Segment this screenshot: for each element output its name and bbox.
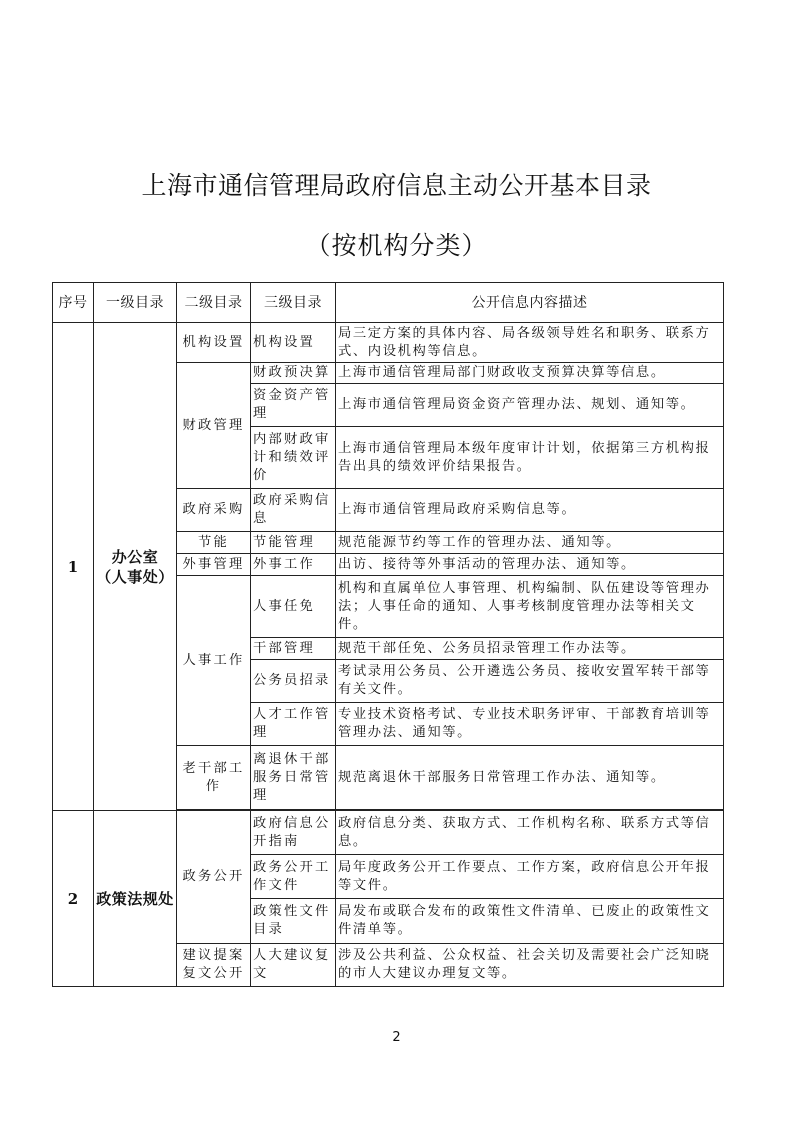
level2-cell: 人事工作 [177, 576, 251, 746]
description-cell: 上海市通信管理局政府采购信息等。 [336, 489, 724, 532]
level2-cell: 建议提案复文公开 [177, 944, 251, 987]
level3-cell: 人大建议复文 [251, 944, 336, 987]
level3-cell: 人才工作管理 [251, 703, 336, 746]
level3-cell: 离退休干部服务日常管理 [251, 746, 336, 810]
level3-cell: 政府采购信息 [251, 489, 336, 532]
level3-cell: 外事工作 [251, 554, 336, 576]
description-cell: 涉及公共利益、公众权益、社会关切及需要社会广泛知晓的市人大建议办理复文等。 [336, 944, 724, 987]
header-level3: 三级目录 [251, 283, 336, 323]
table-row: 2 政策法规处 政务公开 政府信息公开指南 政府信息分类、获取方式、工作机构名称… [53, 811, 724, 855]
description-cell: 规范干部任免、公务员招录管理工作办法等。 [336, 638, 724, 660]
level3-cell: 政务公开工作文件 [251, 855, 336, 899]
section-department: 政策法规处 [94, 811, 177, 987]
department-name: 政策法规处 [96, 889, 174, 909]
level2-cell: 节能 [177, 532, 251, 554]
description-cell: 局三定方案的具体内容、局各级领导姓名和职务、联系方式、内设机构等信息。 [336, 323, 724, 363]
table-header-row: 序号 一级目录 二级目录 三级目录 公开信息内容描述 [53, 283, 724, 323]
header-index: 序号 [53, 283, 94, 323]
section-index: 2 [53, 811, 94, 987]
description-cell: 上海市通信管理局部门财政收支预算决算等信息。 [336, 363, 724, 384]
description-cell: 政府信息分类、获取方式、工作机构名称、联系方式等信息。 [336, 811, 724, 855]
level3-cell: 财政预决算 [251, 363, 336, 384]
section-index: 1 [53, 323, 94, 811]
header-description: 公开信息内容描述 [336, 283, 724, 323]
description-cell: 上海市通信管理局本级年度审计计划，依据第三方机构报告出具的绩效评价结果报告。 [336, 427, 724, 489]
description-cell: 局年度政务公开工作要点、工作方案，政府信息公开年报等文件。 [336, 855, 724, 899]
level2-cell: 老干部工作 [177, 746, 251, 810]
level3-cell: 政府信息公开指南 [251, 811, 336, 855]
level3-cell: 资金资产管理 [251, 384, 336, 427]
department-name: 办公室 [96, 547, 174, 567]
section-department: 办公室 （人事处） [94, 323, 177, 811]
description-cell: 局发布或联合发布的政策性文件清单、已废止的政策性文件清单等。 [336, 899, 724, 944]
level2-cell: 财政管理 [177, 363, 251, 489]
department-subname: （人事处） [96, 567, 174, 587]
description-cell: 规范能源节约等工作的管理办法、通知等。 [336, 532, 724, 554]
level3-cell: 干部管理 [251, 638, 336, 660]
level2-cell: 机构设置 [177, 323, 251, 363]
level3-cell: 政策性文件目录 [251, 899, 336, 944]
description-cell: 上海市通信管理局资金资产管理办法、规划、通知等。 [336, 384, 724, 427]
level2-cell: 政务公开 [177, 811, 251, 944]
description-cell: 机构和直属单位人事管理、机构编制、队伍建设等管理办法；人事任命的通知、人事考核制… [336, 576, 724, 638]
table-row: 1 办公室 （人事处） 机构设置 机构设置 局三定方案的具体内容、局各级领导姓名… [53, 323, 724, 363]
document-subtitle: （按机构分类） [0, 226, 793, 262]
description-cell: 专业技术资格考试、专业技术职务评审、干部教育培训等管理办法、通知等。 [336, 703, 724, 746]
header-level1: 一级目录 [94, 283, 177, 323]
level3-cell: 节能管理 [251, 532, 336, 554]
catalog-table: 序号 一级目录 二级目录 三级目录 公开信息内容描述 1 办公室 （人事处） 机… [52, 282, 724, 987]
description-cell: 出访、接待等外事活动的管理办法、通知等。 [336, 554, 724, 576]
description-cell: 考试录用公务员、公开遴选公务员、接收安置军转干部等有关文件。 [336, 660, 724, 703]
header-level2: 二级目录 [177, 283, 251, 323]
level2-cell: 政府采购 [177, 489, 251, 532]
level3-cell: 公务员招录 [251, 660, 336, 703]
description-cell: 规范离退休干部服务日常管理工作办法、通知等。 [336, 746, 724, 810]
level2-cell: 外事管理 [177, 554, 251, 576]
level3-cell: 内部财政审计和绩效评价 [251, 427, 336, 489]
level3-cell: 人事任免 [251, 576, 336, 638]
document-title: 上海市通信管理局政府信息主动公开基本目录 [0, 166, 793, 202]
page-number: 2 [0, 1030, 793, 1045]
level3-cell: 机构设置 [251, 323, 336, 363]
